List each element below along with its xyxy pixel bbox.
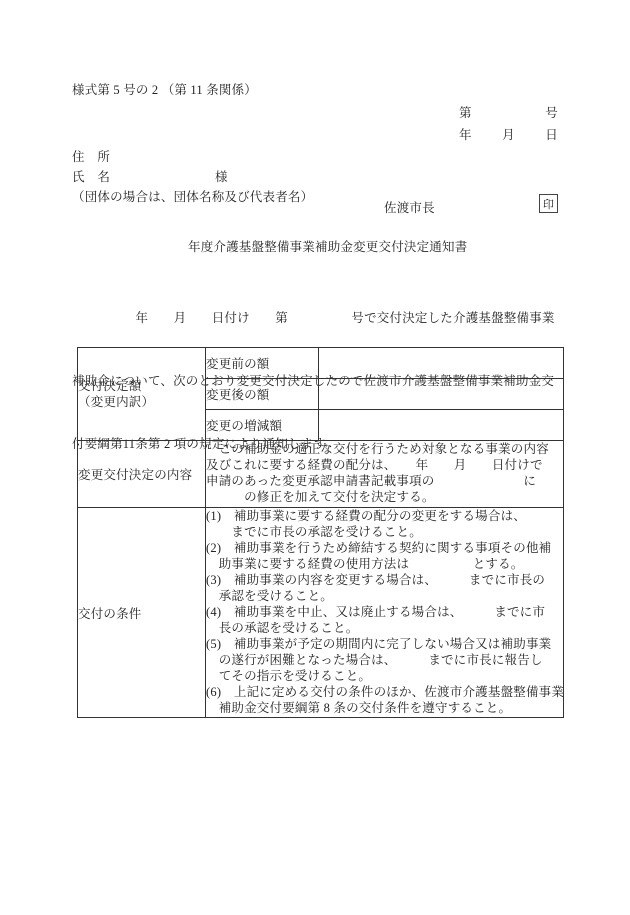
decision-amount-header-cell: 交付決定額 （変更内訳） [78, 348, 206, 441]
grant-decision-table: 交付決定額 （変更内訳） 変更前の額 変更後の額 変更の増減額 変更交付決定の内… [77, 347, 564, 718]
table-row: 変更交付決定の内容 この補助金の適正な交付を行うため対象となる事業の内容 及びこ… [78, 441, 564, 508]
amount-before-value [319, 348, 564, 379]
date-line: 年 月 日 [459, 125, 558, 143]
conditions-text: (1) 補助事業に要する経費の配分の変更をする場合は、 までに市長の承認を受ける… [206, 508, 563, 716]
doc-number-prefix: 第 [459, 103, 472, 121]
amount-after-value [319, 379, 564, 410]
change-content-body-cell: この補助金の適正な交付を行うため対象となる事業の内容 及びこれに要する経費の配分… [206, 441, 564, 508]
mayor-label: 佐渡市長 [384, 198, 435, 216]
organization-note: （団体の場合は、団体名称及び代表者名） [72, 187, 313, 205]
conditions-header-cell: 交付の条件 [78, 508, 206, 718]
document-title: 年度介護基盤整備事業補助金変更交付決定通知書 [0, 237, 630, 255]
table-row: 交付の条件 (1) 補助事業に要する経費の配分の変更をする場合は、 までに市長の… [78, 508, 564, 718]
decision-amount-header-text: 交付決定額 （変更内訳） [78, 378, 205, 410]
date-year-label: 年 [459, 125, 472, 143]
date-day-label: 日 [545, 125, 558, 143]
body-paragraph-line: 年 月 日付け 第 号で交付決定した介護基盤整備事業 [72, 308, 555, 329]
amount-after-label: 変更後の額 [206, 379, 319, 410]
honorific-sama: 様 [215, 167, 228, 185]
amount-change-label: 変更の増減額 [206, 410, 319, 441]
date-month-label: 月 [502, 125, 515, 143]
change-content-text: この補助金の適正な交付を行うため対象となる事業の内容 及びこれに要する経費の配分… [206, 441, 563, 505]
seal-stamp-box: 印 [539, 194, 558, 213]
seal-character: 印 [543, 196, 554, 212]
address-label: 住 所 [72, 147, 110, 165]
amount-before-label: 変更前の額 [206, 348, 319, 379]
document-page: 様式第 5 号の 2 （第 11 条関係） 第 号 年 月 日 住 所 氏 名 … [0, 0, 630, 915]
table-row: 交付決定額 （変更内訳） 変更前の額 [78, 348, 564, 379]
name-label: 氏 名 [72, 167, 110, 185]
amount-change-value [319, 410, 564, 441]
change-content-header-cell: 変更交付決定の内容 [78, 441, 206, 508]
doc-number-suffix: 号 [545, 103, 558, 121]
conditions-body-cell: (1) 補助事業に要する経費の配分の変更をする場合は、 までに市長の承認を受ける… [206, 508, 564, 718]
form-number: 様式第 5 号の 2 （第 11 条関係） [72, 80, 257, 98]
document-number-line: 第 号 [459, 103, 558, 121]
